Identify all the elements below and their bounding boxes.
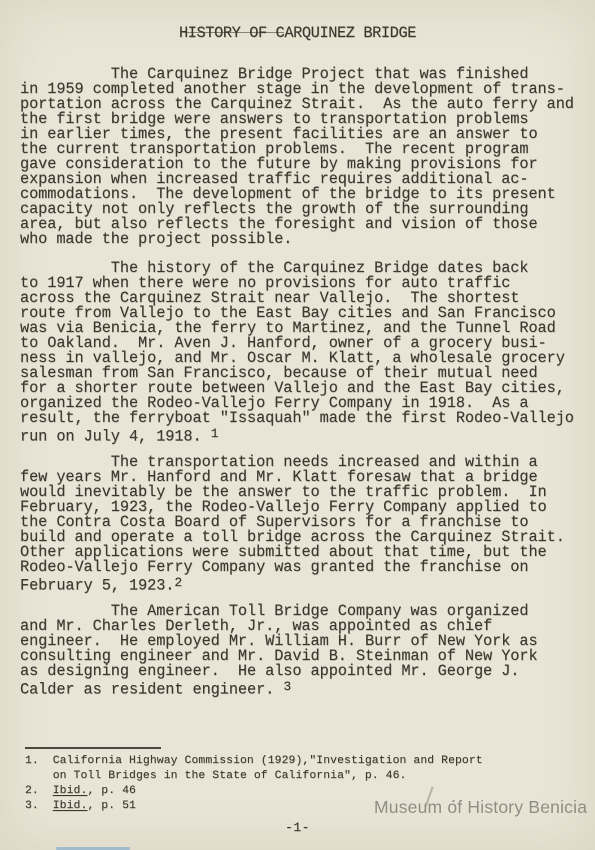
text-line: as designing engineer. He also appointed… [20,664,585,679]
text-line: result, the ferryboat "Issaquah" made th… [20,411,585,426]
text-line: run on July 4, 1918. 1 [20,426,585,441]
text-line: who made the project possible. [20,232,585,247]
footnote-separator [25,747,161,749]
page-number: -1- [0,820,595,835]
paragraph: The history of the Carquinez Bridge date… [20,261,585,441]
museum-watermark: Museum of History Benicia [374,797,587,818]
paragraph: The transportation needs increased and w… [20,455,585,590]
footnote-line: on Toll Bridges in the State of Californ… [25,769,565,784]
page-title: HISTORY OF CARQUINEZ BRIDGE [0,24,595,42]
text-line: Calder as resident engineer. 3 [20,679,585,694]
underlined-citation: Ibid. [53,800,88,812]
typewriter-strike-mark [185,32,284,33]
paragraph: The American Toll Bridge Company was org… [20,604,585,694]
footnote-reference: 2 [174,575,182,590]
paragraph: The Carquinez Bridge Project that was fi… [20,67,585,247]
footnote-reference: 1 [211,426,219,441]
text-line: Rodeo-Vallejo Ferry Company was granted … [20,560,585,575]
underlined-citation: Ibid. [53,785,88,797]
text-line: February 5, 1923.2 [20,575,585,590]
footnote-reference: 3 [283,679,291,694]
document-body: The Carquinez Bridge Project that was fi… [20,67,585,708]
document-page: HISTORY OF CARQUINEZ BRIDGE The Carquine… [0,0,595,850]
scan-artifact-blue-mark [56,847,130,850]
footnote-line: 1. California Highway Commission (1929),… [25,754,565,769]
